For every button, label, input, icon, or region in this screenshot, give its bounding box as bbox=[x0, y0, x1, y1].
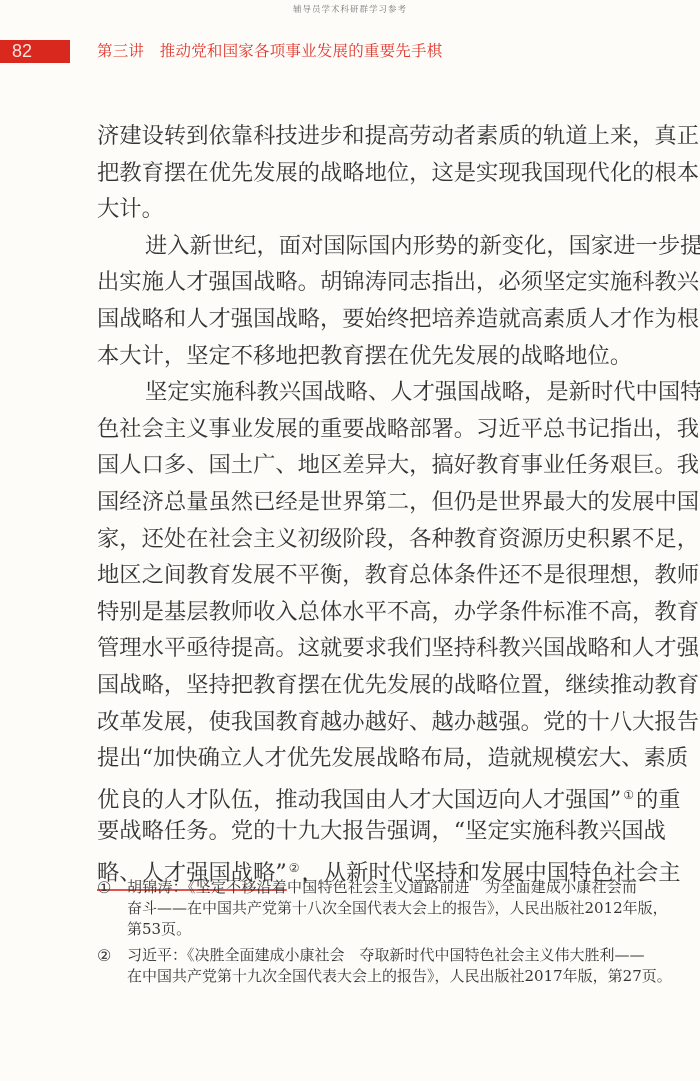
footnote-2: ② 习近平：《决胜全面建成小康社会 夺取新时代中国特色社会主义伟大胜利—— 在中… bbox=[97, 945, 637, 987]
body-line-paragraph-start: 坚定实施科教兴国战略、人才强国战略，是新时代中国特 bbox=[97, 374, 635, 411]
footnote-ref-2[interactable]: ② bbox=[289, 861, 300, 875]
body-line: 国经济总量虽然已经是世界第二，但仍是世界最大的发展中国 bbox=[97, 484, 635, 521]
footnote-ref-1[interactable]: ① bbox=[623, 788, 634, 802]
body-line: 要战略任务。党的十九大报告强调，“坚定实施科教兴国战 bbox=[97, 813, 635, 850]
page-number: 82 bbox=[0, 40, 70, 63]
footnote-line: 胡锦涛：《坚定不移沿着中国特色社会主义道路前进 为全面建成小康社会而 bbox=[127, 877, 637, 898]
body-line: 色社会主义事业发展的重要战略部署。习近平总书记指出，我 bbox=[97, 411, 635, 448]
body-line: 把教育摆在优先发展的战略地位，这是实现我国现代化的根本 bbox=[97, 155, 635, 192]
body-line: 管理水平亟待提高。这就要求我们坚持科教兴国战略和人才强 bbox=[97, 630, 635, 667]
body-line: 国战略，坚持把教育摆在优先发展的战略位置，继续推动教育 bbox=[97, 667, 635, 704]
body-line-with-footnote-ref: 优良的人才队伍，推动我国由人才大国迈向人才强国”①的重 bbox=[97, 777, 635, 814]
footnotes: ① 胡锦涛：《坚定不移沿着中国特色社会主义道路前进 为全面建成小康社会而 奋斗—… bbox=[97, 877, 637, 992]
footnote-1: ① 胡锦涛：《坚定不移沿着中国特色社会主义道路前进 为全面建成小康社会而 奋斗—… bbox=[97, 877, 637, 940]
chapter-title: 第三讲 推动党和国家各项事业发展的重要先手棋 bbox=[97, 40, 442, 63]
body-line: 大计。 bbox=[97, 191, 635, 228]
body-line: 提出“加快确立人才优先发展战略布局，造就规模宏大、素质 bbox=[97, 740, 635, 777]
watermark-header: 辅导员学术科研群学习参考 bbox=[0, 3, 700, 15]
body-line: 国战略和人才强国战略，要始终把培养造就高素质人才作为根 bbox=[97, 301, 635, 338]
body-text: 济建设转到依靠科技进步和提高劳动者素质的轨道上来，真正 把教育摆在优先发展的战略… bbox=[97, 118, 635, 886]
footnote-line: 习近平：《决胜全面建成小康社会 夺取新时代中国特色社会主义伟大胜利—— bbox=[127, 945, 637, 966]
body-line: 改革发展，使我国教育越办越好、越办越强。党的十八大报告 bbox=[97, 704, 635, 741]
footnote-line: 第53页。 bbox=[127, 919, 637, 940]
body-line: 出实施人才强国战略。胡锦涛同志指出，必须坚定实施科教兴 bbox=[97, 264, 635, 301]
footnote-line: 奋斗——在中国共产党第十八次全国代表大会上的报告》，人民出版社2012年版， bbox=[127, 898, 637, 919]
body-line: 家，还处在社会主义初级阶段，各种教育资源历史积累不足， bbox=[97, 521, 635, 558]
body-line: 地区之间教育发展不平衡，教育总体条件还不是很理想，教师 bbox=[97, 557, 635, 594]
body-line: 特别是基层教师收入总体水平不高，办学条件标准不高，教育 bbox=[97, 594, 635, 631]
line-text: 的重 bbox=[636, 787, 681, 813]
line-text: 优良的人才队伍，推动我国由人才大国迈向人才强国” bbox=[97, 787, 621, 813]
footnote-marker: ① bbox=[97, 877, 111, 898]
footnote-marker: ② bbox=[97, 945, 111, 966]
footnote-line: 在中国共产党第十九次全国代表大会上的报告》，人民出版社2017年版，第27页。 bbox=[127, 966, 637, 987]
body-line-paragraph-start: 进入新世纪，面对国际国内形势的新变化，国家进一步提 bbox=[97, 228, 635, 265]
body-line: 济建设转到依靠科技进步和提高劳动者素质的轨道上来，真正 bbox=[97, 118, 635, 155]
body-line: 本大计，坚定不移地把教育摆在优先发展的战略地位。 bbox=[97, 338, 635, 375]
body-line: 国人口多、国土广、地区差异大，搞好教育事业任务艰巨。我 bbox=[97, 447, 635, 484]
